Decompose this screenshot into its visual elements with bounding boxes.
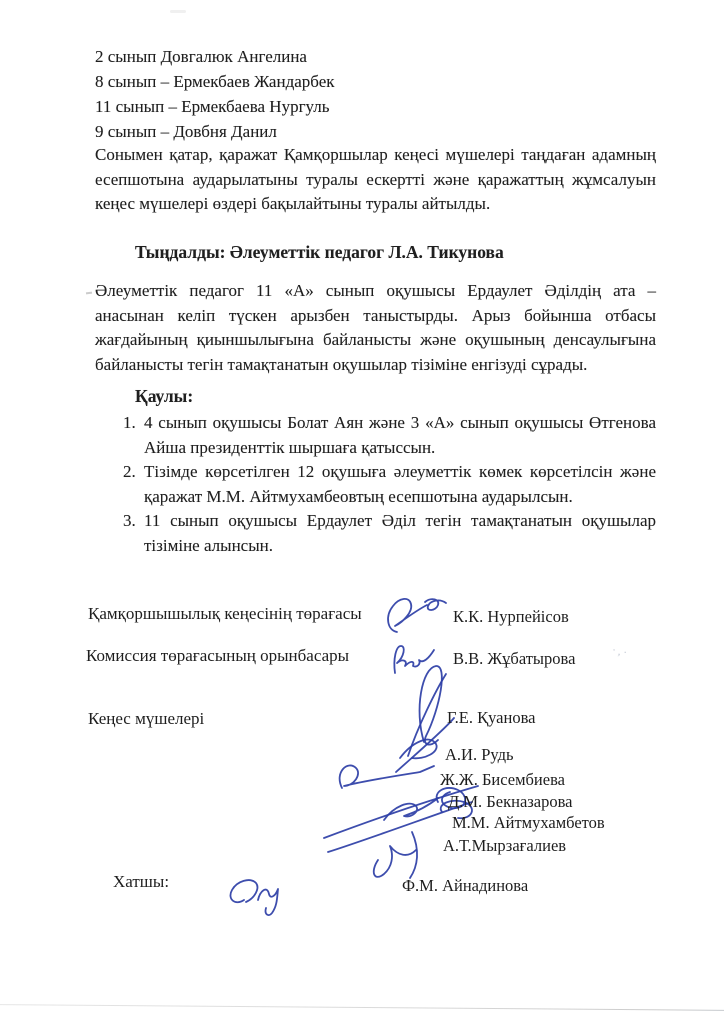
signature-chairman [383,592,451,640]
scan-page-edge [0,1004,724,1011]
student-line: 2 сынып Довгалюк Ангелина [95,44,656,69]
signature-secretary [222,860,297,915]
member-name: А.И. Рудь [445,745,514,765]
student-list: 2 сынып Довгалюк Ангелина 8 сынып – Ерме… [95,44,656,144]
chairman-label: Қамқоршышылық кеңесінің төрағасы [88,604,362,624]
student-line: 11 сынып – Ермекбаева Нургуль [95,94,656,119]
members-label: Кеңес мүшелері [88,709,204,729]
secretary-label: Хатшы: [113,872,169,892]
student-line: 8 сынып – Ермекбаев Жандарбек [95,69,656,94]
scan-speck [170,10,186,13]
scan-mark [86,292,92,295]
scan-smudge: ·‚· [611,644,630,659]
chairman-name: К.К. Нурпейісов [453,607,569,627]
paragraph-application: Әлеуметтік педагог 11 «А» сынып оқушысы … [95,279,656,377]
decision-list: 4 сынып оқушысы Болат Аян және 3 «А» сын… [95,411,656,559]
paragraph-funds: Сонымен қатар, қаражат Қамқоршылар кеңес… [95,143,656,217]
deputy-label: Комиссия төрағасының орынбасары [86,646,349,666]
member-name: Г.Е. Қуанова [447,708,535,728]
decision-item: Тізімде көрсетілген 12 оқушыға әлеуметті… [140,460,656,509]
decision-heading: Қаулы: [135,384,193,409]
decision-item: 4 сынып оқушысы Болат Аян және 3 «А» сын… [140,411,656,460]
member-name: Д.М. Бекназарова [448,792,573,812]
student-line: 9 сынып – Довбня Данил [95,119,656,144]
heard-heading: Тыңдалды: Әлеуметтік педагог Л.А. Тикуно… [135,240,504,265]
member-name: М.М. Айтмухамбетов [452,813,605,833]
scanned-document-page: 2 сынып Довгалюк Ангелина 8 сынып – Ерме… [0,0,724,1024]
decision-item: 11 сынып оқушысы Ердаулет Әділ тегін там… [140,509,656,558]
secretary-name: Ф.М. Айнадинова [402,876,528,896]
member-name: Ж.Ж. Бисембиева [440,770,565,790]
member-name: А.Т.Мырзағалиев [443,836,566,856]
